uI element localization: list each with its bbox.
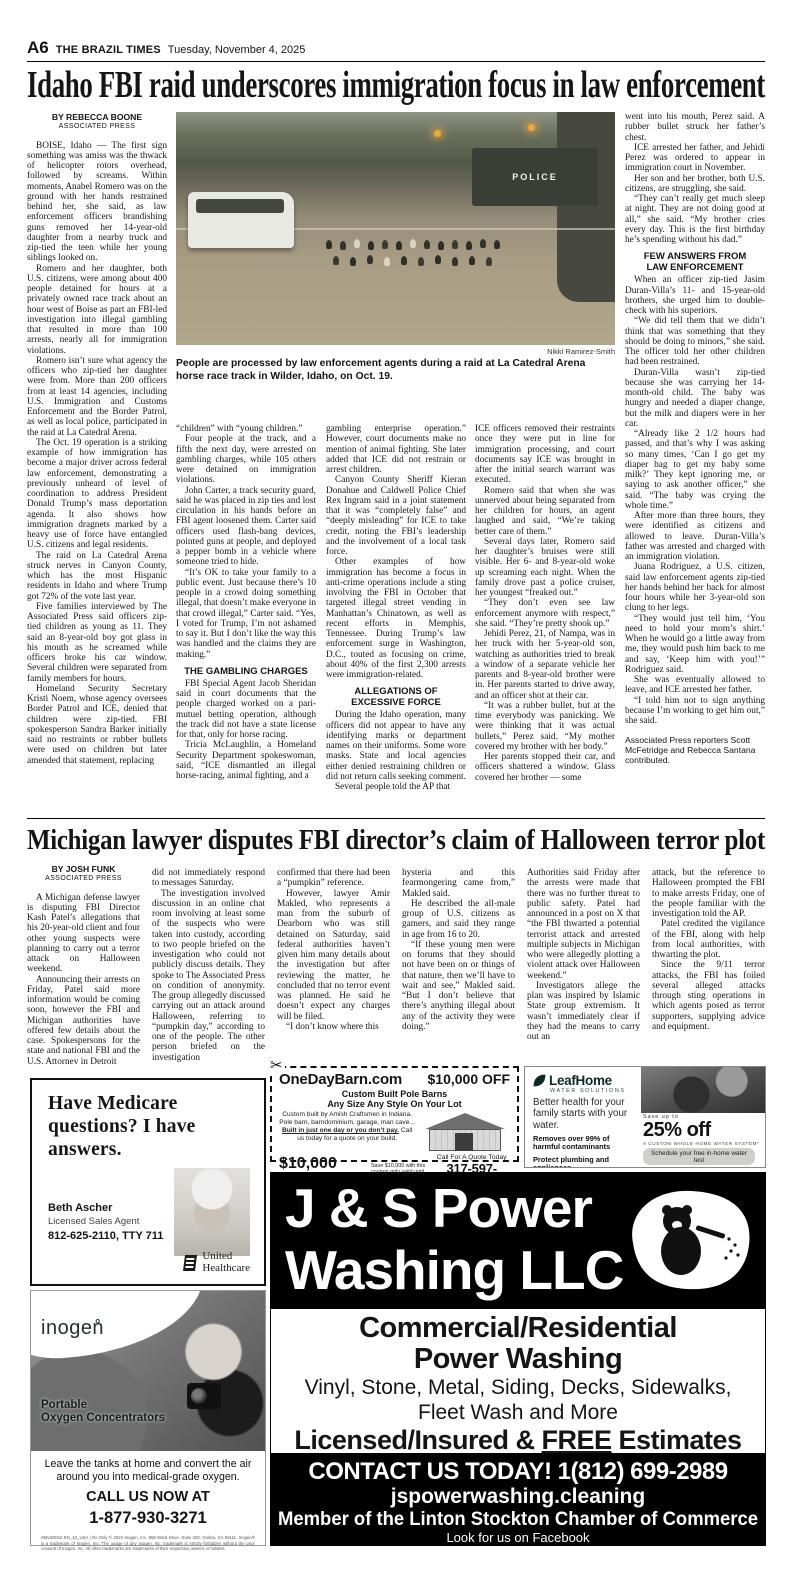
article2-column-1-text: A Michigan defense lawyer is disputing F… [27,893,140,1065]
leafhome-ad: LeafHome WATER SOLUTIONS Better health f… [524,1066,766,1168]
onedaybarn-body-text: Custom built by Amish Craftsmen in India… [279,1111,415,1153]
white-van-shape [188,192,294,248]
service-line: Commercial/Residential [271,1313,765,1344]
agent-info: Beth Ascher Licensed Sales Agent 812-625… [48,1202,163,1242]
jspower-header: J & S Power Washing LLC [271,1173,765,1309]
leafhome-offer-sub: A CUSTOM WHOLE-HOME WATER SYSTEM* [643,1141,763,1146]
leafhome-left-panel: LeafHome WATER SOLUTIONS Better health f… [533,1073,635,1168]
byline-author: BY REBECCA BOONE [27,112,167,122]
article2-headline-row: Michigan lawyer disputes FBI director’s … [27,824,765,860]
barn-illustration [419,1113,510,1153]
onedaybarn-site: OneDayBarn.com [279,1071,402,1088]
medicare-ad-headline: Have Medicare questions? I have answers. [48,1092,238,1161]
leaf-icon [533,1074,546,1087]
article-paragraph: Announcing their arrests on Friday, Pate… [27,975,140,1065]
water-system-photo [641,1067,766,1113]
article-paragraph: Several people told the AP that [326,782,466,792]
article-paragraph: confirmed that there had been a “pumpkin… [277,868,390,889]
service-line: Fleet Wash and More [271,1400,765,1425]
article1-column-5: went into his mouth, Perez said. A rubbe… [625,112,765,817]
free-estimates-emphasis: FREE [541,1425,611,1455]
article1-column-4: ICE officers removed their restraints on… [475,424,615,817]
leafhome-offer: 25% off [643,1120,763,1140]
byline-org: ASSOCIATED PRESS [27,122,167,132]
issue-date: Tuesday, November 4, 2025 [168,44,306,56]
section-divider [27,818,765,819]
section-subhead: FEW ANSWERS FROM LAW ENFORCEMENT [633,251,757,273]
article-paragraph: The investigation involved discussion in… [152,889,265,1063]
service-line: Vinyl, Stone, Metal, Siding, Decks, Side… [271,1375,765,1400]
onedaybarn-ad: ✂ OneDayBarn.com $10,000 OFF Custom Buil… [270,1066,519,1162]
article2-headline: Michigan lawyer disputes FBI director’s … [27,824,765,857]
inogen-tagline: Leave the tanks at home and convert the … [41,1458,255,1483]
jspower-title-line2: Washing LLC [285,1239,615,1301]
byline-org: ASSOCIATED PRESS [27,874,140,884]
article-paragraph: Homeland Security Secretary Kristi Noem,… [27,684,167,766]
article-paragraph: Juana Rodriguez, a U.S. citizen, said la… [625,562,765,613]
article1-column-1-text: BOISE, Idaho — The first sign something … [27,141,167,766]
article-paragraph: Since the 9/11 terror attacks, the FBI h… [652,960,765,1032]
onedaybarn-title-row: OneDayBarn.com $10,000 OFF [279,1071,510,1088]
article-paragraph: The Oct. 19 operation is a striking exam… [27,438,167,551]
article-paragraph: “I told him not to sign anything because… [625,696,765,727]
photo-caption: People are processed by law enforcement … [176,358,615,383]
inogen-cta: CALL US NOW AT [41,1489,255,1505]
article-paragraph: Five families interviewed by The Associa… [27,602,167,684]
article-paragraph: hysteria and this fearmongering came fro… [402,868,515,899]
article1-byline: BY REBECCA BOONE ASSOCIATED PRESS [27,112,167,133]
article-paragraph: gambling enterprise operation.” However,… [326,424,466,475]
leafhome-subbrand: WATER SOLUTIONS [550,1088,635,1094]
amber-light-dot [434,130,441,137]
article-paragraph: went into his mouth, Perez said. A rubbe… [625,112,765,143]
inogen-fine-print: SMU50015 EN_10_USA | Rx Only © 2024 Inog… [41,1535,255,1551]
article-paragraph: Other examples of how immigration has be… [326,557,466,680]
jspower-website: jspowerwashing.cleaning [271,1485,765,1509]
article-photo: POLICE [176,112,615,345]
article-paragraph: The raid on La Catedral Arena struck ner… [27,551,167,602]
agent-name: Beth Ascher [48,1202,163,1214]
barn-roof-shape [425,1113,505,1129]
unitedhealthcare-mark-icon [183,1255,197,1271]
article-paragraph: “They can’t really get much sleep at nig… [625,194,765,245]
agent-phone: 812-625-2110, TTY 711 [48,1230,163,1242]
article-paragraph: John Carter, a track security guard, sai… [176,486,316,568]
article-paragraph: “children” with “young children.” [176,424,316,434]
inogen-body: Leave the tanks at home and convert the … [31,1451,265,1551]
service-line: Power Washing [271,1344,765,1375]
schedule-test-pill: Schedule your free in-home water test [643,1148,755,1165]
article-paragraph: “They would just tell him, ‘You need to … [625,614,765,676]
article1-column-2: “children” with “young children.”Four pe… [176,424,316,817]
article-paragraph: attack, but the reference to Halloween p… [652,868,765,919]
article1-headline-row: Idaho FBI raid underscores immigration f… [27,63,765,109]
article-paragraph: BOISE, Idaho — The first sign something … [27,141,167,264]
article-paragraph: Authorities said Friday after the arrest… [527,868,640,981]
leafhome-offer-panel: Save up to 25% off A CUSTOM WHOLE-HOME W… [643,1114,763,1168]
article-paragraph: After more than three hours, they were i… [625,511,765,562]
leafhome-logo: LeafHome [533,1073,635,1088]
article1-headline: Idaho FBI raid underscores immigration f… [27,63,765,107]
camera-shape [187,1383,221,1409]
jspower-services: Commercial/Residential Power Washing Vin… [271,1309,765,1453]
newspaper-page: A6 THE BRAZIL TIMES Tuesday, November 4,… [0,0,792,1584]
onedaybarn-subtitle: Custom Built Pole Barns Any Size Any Sty… [279,1089,510,1109]
inogen-phone: 1-877-930-3271 [41,1509,255,1528]
article-paragraph: “We did tell them that we didn’t think t… [625,316,765,367]
jspower-footer: CONTACT US TODAY! 1(812) 699-2989 jspowe… [271,1453,765,1546]
article-paragraph: Patel credited the vigilance of the FBI,… [652,919,765,960]
section-subhead: ALLEGATIONS OF EXCESSIVE FORCE [334,686,458,708]
leafhome-phone: 1(855) 966-4836 [643,1167,763,1168]
leafhome-bullet: Protect plumbing and appliances [533,1156,635,1168]
section-subhead: THE GAMBLING CHARGES [184,666,308,677]
leafhome-brand: LeafHome [549,1073,612,1088]
scissors-icon: ✂ [268,1056,285,1074]
article-paragraph: When an officer zip-tied Jasim Duran-Vil… [625,275,765,316]
article-paragraph: A Michigan defense lawyer is disputing F… [27,893,140,975]
article-paragraph: Romero isn’t sure what agency the office… [27,356,167,438]
unitedhealthcare-logo: United Healthcare [183,1251,250,1274]
article-paragraph: ICE arrested her father, and Jehidi Pere… [625,143,765,174]
article-paragraph: He described the all-male group of U.S. … [402,899,515,940]
article2-column-1: BY JOSH FUNK ASSOCIATED PRESS A Michigan… [27,864,140,1064]
article-paragraph: “If these young men were on forums that … [402,940,515,1032]
article2-column-3: confirmed that there had been a “pumpkin… [277,868,390,1064]
article-paragraph: Romero said that when she was unnerved a… [475,486,615,537]
licensed-line: Licensed/Insured & FREE Estimates [271,1425,765,1456]
article-paragraph: Duran-Villa wasn’t zip-tied because she … [625,368,765,430]
onedaybarn-offer: $10,000 OFF [428,1071,511,1087]
article-paragraph: Four people at the track, and a fifth th… [176,434,316,485]
jspower-title-line1: J & S Power [285,1177,615,1239]
jspower-title: J & S Power Washing LLC [285,1177,615,1301]
article-paragraph: Investigators allege the plan was inspir… [527,981,640,1043]
page-number: A6 [27,38,49,58]
jspower-membership: Member of the Linton Stockton Chamber of… [278,1509,758,1530]
barn-door-shape [455,1133,473,1151]
article-paragraph: She was eventually allowed to leave, and… [625,675,765,696]
canopy-shape [557,112,615,302]
article-paragraph: Tricia McLaughlin, a Homeland Security D… [176,740,316,781]
jspower-contact: CONTACT US TODAY! 1(812) 699-2989 [271,1458,765,1485]
article-paragraph: “It was a rubber bullet, but at the time… [475,701,615,752]
article-paragraph: did not immediately respond to messages … [152,868,265,889]
unitedhealthcare-wordmark: United Healthcare [202,1251,250,1274]
inogen-photo: inogen Portable Oxygen Concentrators [31,1291,265,1451]
article-paragraph: Several days later, Romero said her daug… [475,537,615,599]
byline-author: BY JOSH FUNK [27,864,140,874]
article-paragraph: Her parents stopped their car, and offic… [475,752,615,783]
detainees-crowd-shapes [326,240,332,249]
leafhome-bullet: Removes over 99% of harmful contaminants [533,1135,635,1152]
jspower-ad: J & S Power Washing LLC Commercial/Resid… [270,1172,766,1546]
article-paragraph: FBI Special Agent Jacob Sheridan said in… [176,679,316,741]
police-vehicle-shape: POLICE [472,148,598,206]
leafhome-headline: Better health for your family starts wit… [533,1097,635,1131]
article-paragraph: However, lawyer Amir Makled, who represe… [277,889,390,1022]
article1-photo-block: POLICE Nikki Ramirez-Smith People are pr… [176,112,615,422]
article2-byline: BY JOSH FUNK ASSOCIATED PRESS [27,864,140,885]
medicare-ad: Have Medicare questions? I have answers.… [30,1078,266,1286]
amber-light-dot [528,124,535,131]
inogen-logo: inogen [41,1317,102,1340]
onedaybarn-middle: Custom built by Amish Craftsmen in India… [279,1111,510,1153]
article1-column-1: BY REBECCA BOONE ASSOCIATED PRESS BOISE,… [27,112,167,817]
article-paragraph: Associated Press reporters Scott McFetri… [625,735,765,765]
police-vehicle-label: POLICE [512,172,558,182]
agent-role: Licensed Sales Agent [48,1216,163,1227]
article1-column-3: gambling enterprise operation.” However,… [326,424,466,817]
article-paragraph: “They don’t even see law enforcement any… [475,598,615,629]
article-paragraph: Canyon County Sheriff Kieran Donahue and… [326,475,466,557]
article2-column-4: hysteria and this fearmongering came fro… [402,868,515,1064]
article-paragraph: Romero and her daughter, both U.S. citiz… [27,264,167,356]
article-paragraph: “It’s OK to take your family to a public… [176,568,316,660]
masthead: A6 THE BRAZIL TIMES Tuesday, November 4,… [27,38,765,62]
bear-mascot-graphic [625,1183,755,1295]
jspower-facebook: Look for us on Facebook [271,1530,765,1546]
article2-column-6: attack, but the reference to Halloween p… [652,868,765,1064]
article2-column-5: Authorities said Friday after the arrest… [527,868,640,1064]
article-paragraph: During the Idaho operation, many officer… [326,710,466,782]
paper-name: THE BRAZIL TIMES [56,44,161,56]
inogen-product-name: Portable Oxygen Concentrators [41,1399,165,1425]
article-paragraph: Her son and her brother, both U.S. citiz… [625,174,765,195]
coupon-cta: Call For A Quote Today [433,1154,510,1161]
article-paragraph: Jehidi Perez, 21, of Nampa, was in her t… [475,629,615,701]
photo-credit: Nikki Ramirez-Smith [176,347,615,356]
inogen-ad: inogen Portable Oxygen Concentrators Lea… [30,1290,266,1546]
agent-photo [174,1168,250,1256]
article-paragraph: “Already like 2 1/2 hours had passed, an… [625,429,765,511]
article-paragraph: ICE officers removed their restraints on… [475,424,615,486]
article-paragraph: “I don’t know where this [277,1022,390,1032]
article2-column-2: did not immediately respond to messages … [152,868,265,1064]
